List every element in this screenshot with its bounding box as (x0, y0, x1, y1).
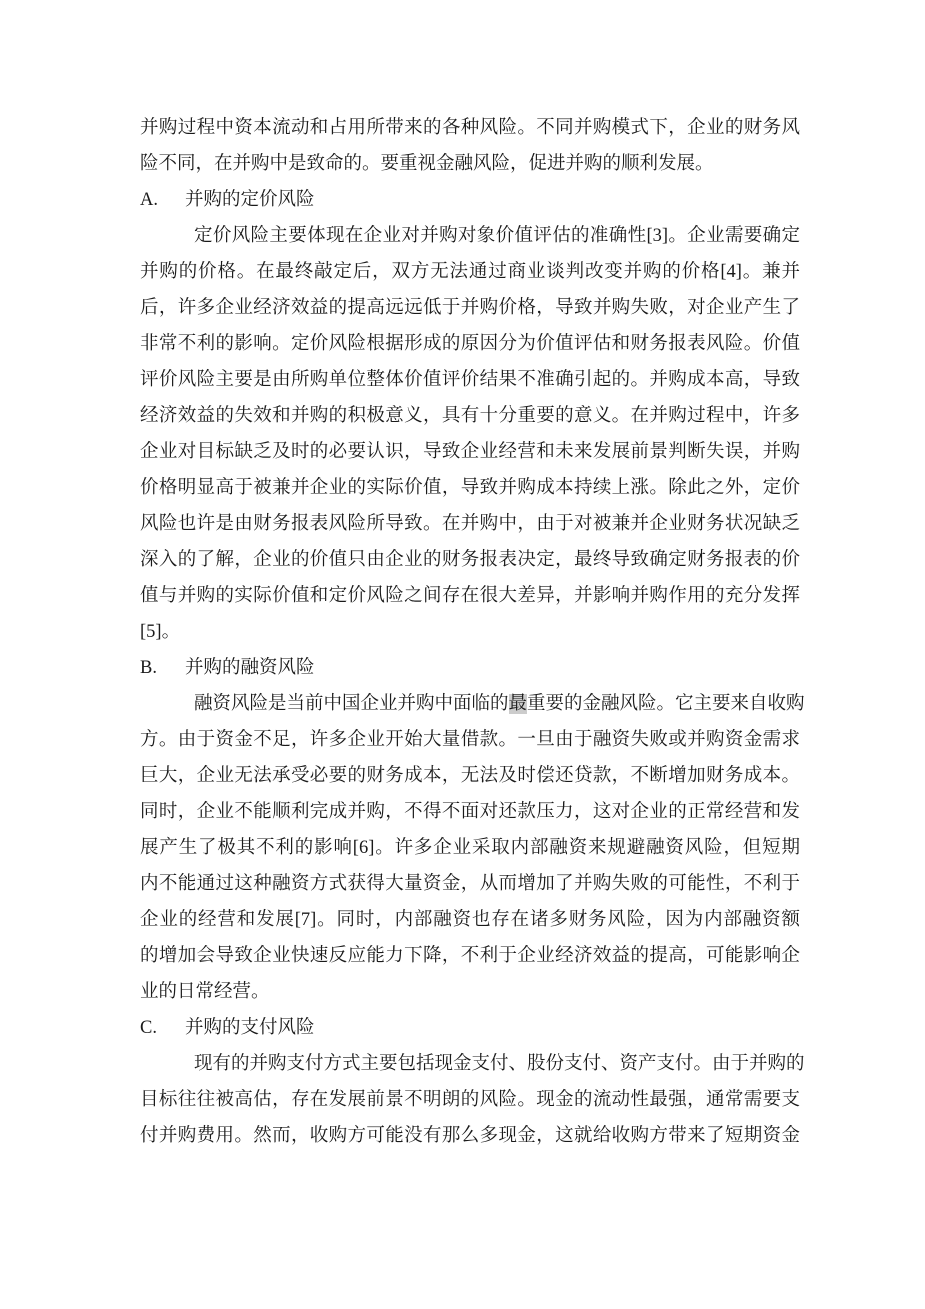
text-run: 展产生了极其不利的影响[6]。许多企业采取内部融资来规避融资风险，但短期 (140, 838, 800, 858)
text-line: 并购的价格。在最终敲定后，双方无法通过商业谈判改变并购的价格[4]。兼并 (140, 254, 800, 290)
text-line: [5]。 (140, 614, 800, 650)
text-run: 非常不利的影响。定价风险根据形成的原因分为价值评估和财务报表风险。价值 (140, 334, 800, 354)
heading-label: A. (140, 182, 185, 218)
section-heading: B.并购的融资风险 (140, 650, 800, 686)
heading-label: C. (140, 1010, 185, 1046)
text-run: 重要的金融风险。它主要来自收购 (527, 694, 805, 714)
text-line: 付并购费用。然而，收购方可能没有那么多现金，这就给收购方带来了短期资金 (140, 1118, 800, 1154)
text-line: 同时，企业不能顺利完成并购，不得不面对还款压力，这对企业的正常经营和发 (140, 794, 800, 830)
text-line: 后，许多企业经济效益的提高远远低于并购价格，导致并购失败，对企业产生了 (140, 290, 800, 326)
text-run: 融资风险是当前中国企业并购中面临的 (194, 694, 509, 714)
text-run: 评价风险主要是由所购单位整体价值评价结果不准确引起的。并购成本高，导致 (140, 370, 800, 390)
text-run: 方。由于资金不足，许多企业开始大量借款。一旦由于融资失败或并购资金需求 (140, 730, 800, 750)
text-line: 企业对目标缺乏及时的必要认识，导致企业经营和未来发展前景判断失误，并购 (140, 434, 800, 470)
text-line: 价格明显高于被兼并企业的实际价值，导致并购成本持续上涨。除此之外，定价 (140, 470, 800, 506)
text-run: 深入的了解，企业的价值只由企业的财务报表决定，最终导致确定财务报表的价 (140, 550, 800, 570)
text-line: 的增加会导致企业快速反应能力下降，不利于企业经济效益的提高，可能影响企 (140, 938, 800, 974)
text-run: 价格明显高于被兼并企业的实际价值，导致并购成本持续上涨。除此之外，定价 (140, 478, 800, 498)
text-run: 现有的并购支付方式主要包括现金支付、股份支付、资产支付。由于并购的 (194, 1054, 805, 1074)
text-line: 目标往往被高估，存在发展前景不明朗的风险。现金的流动性最强，通常需要支 (140, 1082, 800, 1118)
text-run: 并购过程中资本流动和占用所带来的各种风险。不同并购模式下，企业的财务风 (140, 118, 800, 138)
heading-text: 并购的融资风险 (185, 658, 315, 678)
heading-label: B. (140, 650, 185, 686)
text-run: 并购的价格。在最终敲定后，双方无法通过商业谈判改变并购的价格[4]。兼并 (140, 262, 800, 282)
text-line: 非常不利的影响。定价风险根据形成的原因分为价值评估和财务报表风险。价值 (140, 326, 800, 362)
highlighted-text: 最 (509, 694, 528, 714)
document-page: 并购过程中资本流动和占用所带来的各种风险。不同并购模式下，企业的财务风险不同，在… (0, 0, 925, 1309)
text-run: 值与并购的实际价值和定价风险之间存在很大差异，并影响并购作用的充分发挥 (140, 586, 800, 606)
text-run: 付并购费用。然而，收购方可能没有那么多现金，这就给收购方带来了短期资金 (140, 1126, 800, 1146)
text-run: 经济效益的失效和并购的积极意义，具有十分重要的意义。在并购过程中，许多 (140, 406, 800, 426)
text-line: 并购过程中资本流动和占用所带来的各种风险。不同并购模式下，企业的财务风 (140, 110, 800, 146)
heading-text: 并购的支付风险 (185, 1018, 315, 1038)
text-run: 险不同，在并购中是致命的。要重视金融风险，促进并购的顺利发展。 (140, 154, 714, 174)
text-line: 深入的了解，企业的价值只由企业的财务报表决定，最终导致确定财务报表的价 (140, 542, 800, 578)
text-run: 业的日常经营。 (140, 982, 270, 1002)
text-run: 巨大，企业无法承受必要的财务成本，无法及时偿还贷款，不断增加财务成本。 (140, 766, 800, 786)
text-line: 值与并购的实际价值和定价风险之间存在很大差异，并影响并购作用的充分发挥 (140, 578, 800, 614)
text-run: 的增加会导致企业快速反应能力下降，不利于企业经济效益的提高，可能影响企 (140, 946, 800, 966)
text-body: 并购过程中资本流动和占用所带来的各种风险。不同并购模式下，企业的财务风险不同，在… (140, 110, 800, 1154)
text-line: 现有的并购支付方式主要包括现金支付、股份支付、资产支付。由于并购的 (140, 1046, 800, 1082)
text-run: 目标往往被高估，存在发展前景不明朗的风险。现金的流动性最强，通常需要支 (140, 1090, 800, 1110)
heading-text: 并购的定价风险 (185, 190, 315, 210)
text-line: 风险也许是由财务报表风险所导致。在并购中，由于对被兼并企业财务状况缺乏 (140, 506, 800, 542)
text-run: 定价风险主要体现在企业对并购对象价值评估的准确性[3]。企业需要确定 (194, 226, 800, 246)
text-line: 业的日常经营。 (140, 974, 800, 1010)
text-line: 评价风险主要是由所购单位整体价值评价结果不准确引起的。并购成本高，导致 (140, 362, 800, 398)
text-run: 企业的经营和发展[7]。同时，内部融资也存在诸多财务风险，因为内部融资额 (140, 910, 800, 930)
text-line: 方。由于资金不足，许多企业开始大量借款。一旦由于融资失败或并购资金需求 (140, 722, 800, 758)
text-run: 内不能通过这种融资方式获得大量资金，从而增加了并购失败的可能性，不利于 (140, 874, 800, 894)
text-run: 后，许多企业经济效益的提高远远低于并购价格，导致并购失败，对企业产生了 (140, 298, 800, 318)
text-run: 企业对目标缺乏及时的必要认识，导致企业经营和未来发展前景判断失误，并购 (140, 442, 800, 462)
text-line: 企业的经营和发展[7]。同时，内部融资也存在诸多财务风险，因为内部融资额 (140, 902, 800, 938)
text-line: 展产生了极其不利的影响[6]。许多企业采取内部融资来规避融资风险，但短期 (140, 830, 800, 866)
text-line: 内不能通过这种融资方式获得大量资金，从而增加了并购失败的可能性，不利于 (140, 866, 800, 902)
text-run: 风险也许是由财务报表风险所导致。在并购中，由于对被兼并企业财务状况缺乏 (140, 514, 800, 534)
section-heading: A.并购的定价风险 (140, 182, 800, 218)
text-run: 同时，企业不能顺利完成并购，不得不面对还款压力，这对企业的正常经营和发 (140, 802, 800, 822)
text-line: 险不同，在并购中是致命的。要重视金融风险，促进并购的顺利发展。 (140, 146, 800, 182)
text-line: 巨大，企业无法承受必要的财务成本，无法及时偿还贷款，不断增加财务成本。 (140, 758, 800, 794)
text-line: 融资风险是当前中国企业并购中面临的最重要的金融风险。它主要来自收购 (140, 686, 800, 722)
section-heading: C.并购的支付风险 (140, 1010, 800, 1046)
text-line: 定价风险主要体现在企业对并购对象价值评估的准确性[3]。企业需要确定 (140, 218, 800, 254)
text-run: [5]。 (140, 622, 180, 642)
text-line: 经济效益的失效和并购的积极意义，具有十分重要的意义。在并购过程中，许多 (140, 398, 800, 434)
